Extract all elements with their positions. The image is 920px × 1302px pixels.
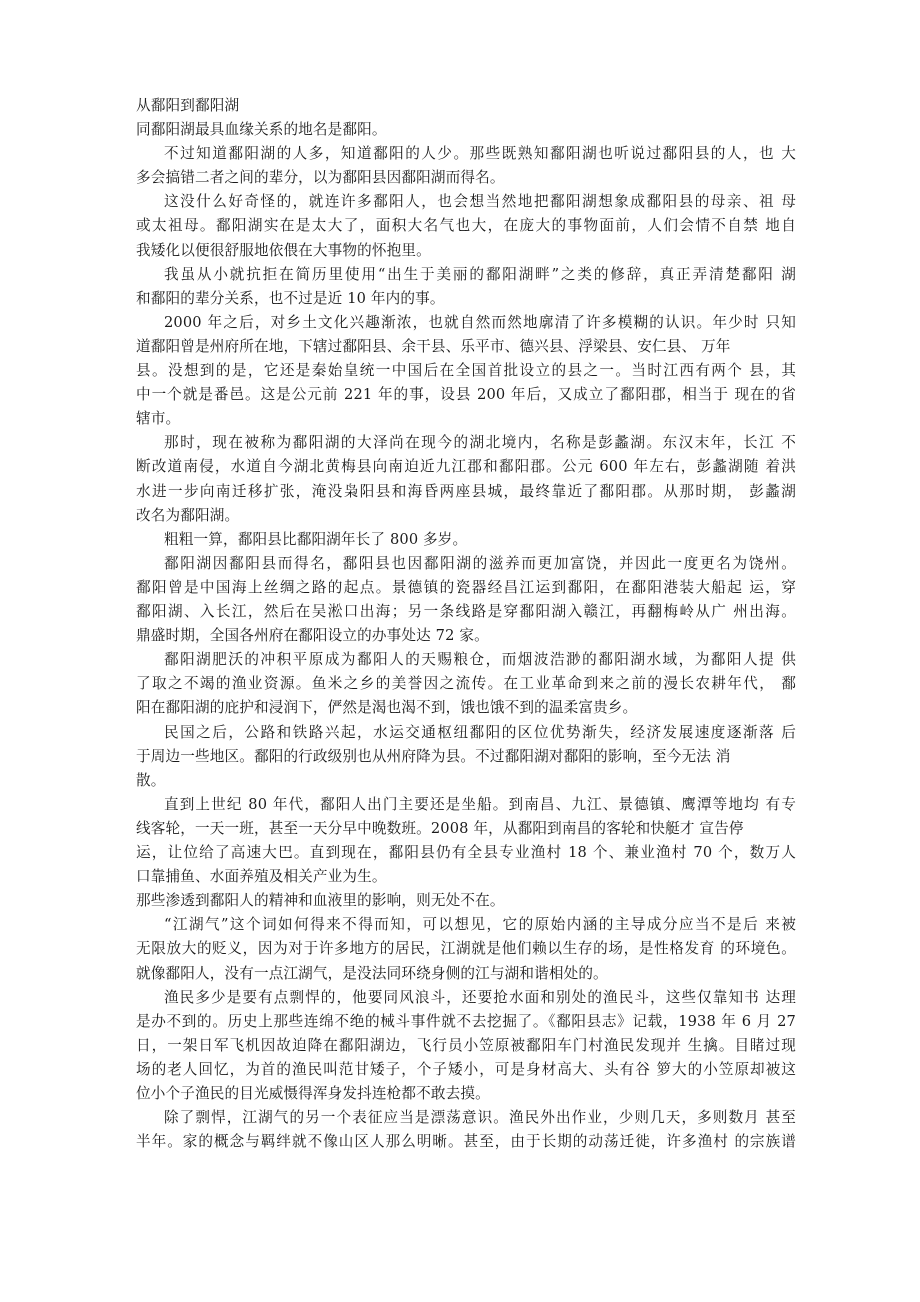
document-title: 从鄱阳到鄱阳湖 xyxy=(136,96,796,116)
text-line: 鄱阳湖、入长江，然后在吴淞口出海；另一条线路是穿鄱阳湖入赣江，再翻梅岭从广 州出… xyxy=(136,602,796,622)
text-line: 这没什么好奇怪的，就连许多鄱阳人，也会想当然地把鄱阳湖想象成鄱阳县的母亲、祖 母 xyxy=(164,192,796,212)
text-line: 2000 年之后，对乡土文化兴趣渐浓，也就自然而然地廓清了许多模糊的认识。年少时… xyxy=(164,313,796,333)
text-line: 鼎盛时期，全国各州府在鄱阳设立的办事处达 72 家。 xyxy=(136,626,796,646)
text-line: 水进一步向南迁移扩张，淹没枭阳县和海昏两座县城，最终靠近了鄱阳郡。从那时期， 彭… xyxy=(136,482,796,502)
text-line: 我虽从小就抗拒在简历里使用“出生于美丽的鄱阳湖畔”之类的修辞，真正弄清楚鄱阳 湖 xyxy=(164,265,796,285)
text-line: 无限放大的贬义，因为对于许多地方的居民，江湖就是他们赖以生存的场，是性格发育 的… xyxy=(136,939,796,959)
text-line: 散。 xyxy=(136,771,796,791)
text-line: 同鄱阳湖最具血缘关系的地名是鄱阳。 xyxy=(136,120,796,140)
text-line: 了取之不竭的渔业资源。鱼米之乡的美誉因之流传。在工业革命到来之前的漫长农耕年代，… xyxy=(136,674,796,694)
text-line: 口靠捕鱼、水面养殖及相关产业为生。 xyxy=(136,867,796,887)
text-line: 运，让位给了高速大巴。直到现在，鄱阳县仍有全县专业渔村 18 个、兼业渔村 70… xyxy=(136,843,796,863)
text-line: 线客轮，一天一班，甚至一天分早中晚数班。2008 年，从鄱阳到南昌的客轮和快艇才… xyxy=(136,819,796,839)
document-page: 从鄱阳到鄱阳湖 同鄱阳湖最具血缘关系的地名是鄱阳。不过知道鄱阳湖的人多，知道鄱阳… xyxy=(0,0,920,1302)
text-line: 于周边一些地区。鄱阳的行政级别也从州府降为县。不过鄱阳湖对鄱阳的影响，至今无法 … xyxy=(136,747,796,767)
text-line: 鄱阳曾是中国海上丝绸之路的起点。景德镇的瓷器经昌江运到鄱阳，在鄱阳港装大船起 运… xyxy=(136,578,796,598)
text-line: 粗粗一算，鄱阳县比鄱阳湖年长了 800 多岁。 xyxy=(164,530,796,550)
text-line: 就像鄱阳人，没有一点江湖气，是没法同环绕身侧的江与湖和谐相处的。 xyxy=(136,964,796,984)
text-line: 半年。家的概念与羁绊就不像山区人那么明晰。甚至，由于长期的动荡迁徙，许多渔村 的… xyxy=(136,1132,796,1152)
text-line: 和鄱阳的辈分关系，也不过是近 10 年内的事。 xyxy=(136,289,796,309)
text-line: 道鄱阳曾是州府所在地，下辖过鄱阳县、余干县、乐平市、德兴县、浮梁县、安仁县、 万… xyxy=(136,337,796,357)
text-line: 那些渗透到鄱阳人的精神和血液里的影响，则无处不在。 xyxy=(136,891,796,911)
text-line: 鄱阳湖肥沃的冲积平原成为鄱阳人的天赐粮仓，而烟波浩渺的鄱阳湖水域，为鄱阳人提 供 xyxy=(164,650,796,670)
text-line: 渔民多少是要有点剽悍的，他要同风浪斗，还要抢水面和别处的渔民斗，这些仅靠知书 达… xyxy=(164,988,796,1008)
text-line: 日，一架日军飞机因故迫降在鄱阳湖边，飞行员小笠原被鄱阳车门村渔民发现并 生擒。目… xyxy=(136,1036,796,1056)
text-line: 场的老人回忆，为首的渔民叫范甘矮子，个子矮小，可是身材高大、头有谷 箩大的小笠原… xyxy=(136,1060,796,1080)
text-line: 辖市。 xyxy=(136,409,796,429)
text-line: 鄱阳湖因鄱阳县而得名，鄱阳县也因鄱阳湖的滋养而更加富饶，并因此一度更名为饶州。 xyxy=(164,554,796,574)
text-line: 那时，现在被称为鄱阳湖的大泽尚在现今的湖北境内，名称是彭蠡湖。东汉末年，长江 不 xyxy=(164,433,796,453)
text-line: 直到上世纪 80 年代，鄱阳人出门主要还是坐船。到南昌、九江、景德镇、鹰潭等地均… xyxy=(164,795,796,815)
text-line: 或太祖母。鄱阳湖实在是太大了，面积大名气也大，在庞大的事物面前，人们会情不自禁 … xyxy=(136,216,796,236)
text-line: 位小个子渔民的目光威慑得浑身发抖连枪都不敢去摸。 xyxy=(136,1084,796,1104)
text-line: 断改道南侵，水道自今湖北黄梅县向南迫近九江郡和鄱阳郡。公元 600 年左右，彭蠡… xyxy=(136,457,796,477)
text-line: 我矮化以便很舒服地依偎在大事物的怀抱里。 xyxy=(136,241,796,261)
text-line: “江湖气”这个词如何得来不得而知，可以想见，它的原始内涵的主导成分应当不是后 来… xyxy=(164,915,796,935)
text-line: 中一个就是番邑。这是公元前 221 年的事，设县 200 年后，又成立了鄱阳郡，… xyxy=(136,385,796,405)
text-line: 多会搞错二者之间的辈分，以为鄱阳县因鄱阳湖而得名。 xyxy=(136,168,796,188)
text-line: 是办不到的。历史上那些连绵不绝的械斗事件就不去挖掘了。《鄱阳县志》记载，1938… xyxy=(136,1012,796,1032)
text-line: 县。没想到的是，它还是秦始皇统一中国后在全国首批设立的县之一。当时江西有两个 县… xyxy=(136,361,796,381)
text-line: 除了剽悍，江湖气的另一个表征应当是漂荡意识。渔民外出作业，少则几天，多则数月 甚… xyxy=(164,1108,796,1128)
text-line: 改名为鄱阳湖。 xyxy=(136,506,796,526)
text-line: 不过知道鄱阳湖的人多，知道鄱阳的人少。那些既熟知鄱阳湖也听说过鄱阳县的人，也 大 xyxy=(164,144,796,164)
text-line: 民国之后，公路和铁路兴起，水运交通枢纽鄱阳的区位优势渐失，经济发展速度逐渐落 后 xyxy=(164,723,796,743)
text-line: 阳在鄱阳湖的庇护和浸润下，俨然是渴也渴不到，饿也饿不到的温柔富贵乡。 xyxy=(136,698,796,718)
